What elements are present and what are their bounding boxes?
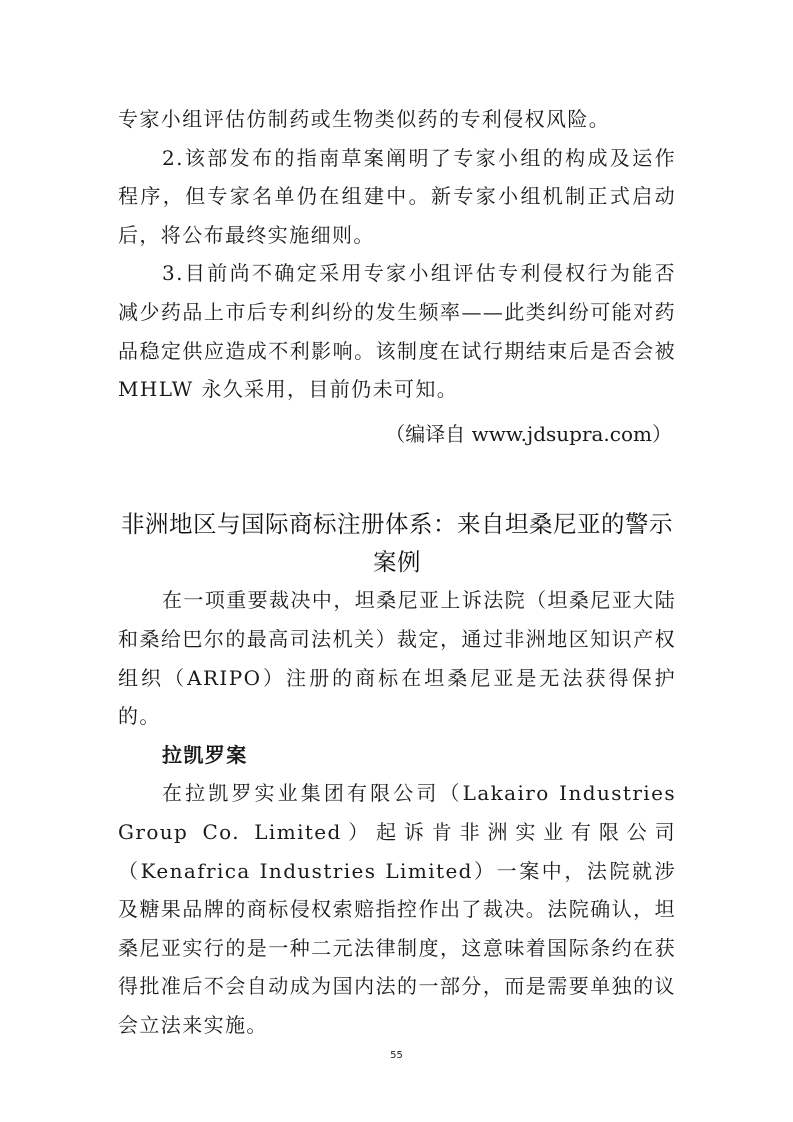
paragraph-continuation: 专家小组评估仿制药或生物类似药的专利侵权风险。 [118,100,676,139]
article-body: 在拉凯罗实业集团有限公司（Lakairo Industries Group Co… [118,774,676,1044]
source-note: （编译自 www.jdsupra.com） [118,415,676,454]
paragraph-point-3: 3.目前尚不确定采用专家小组评估专利侵权行为能否减少药品上市后专利纠纷的发生频率… [118,254,676,408]
article-intro: 在一项重要裁决中，坦桑尼亚上诉法院（坦桑尼亚大陆和桑给巴尔的最高司法机关）裁定，… [118,581,676,735]
paragraph-point-2: 2.该部发布的指南草案阐明了专家小组的构成及运作程序，但专家名单仍在组建中。新专… [118,139,676,255]
section-subheading: 拉凯罗案 [118,736,676,775]
article-title: 非洲地区与国际商标注册体系：来自坦桑尼亚的警示案例 [118,505,676,581]
page-number: 55 [0,1050,793,1061]
document-page: 专家小组评估仿制药或生物类似药的专利侵权风险。 2.该部发布的指南草案阐明了专家… [118,100,676,1044]
